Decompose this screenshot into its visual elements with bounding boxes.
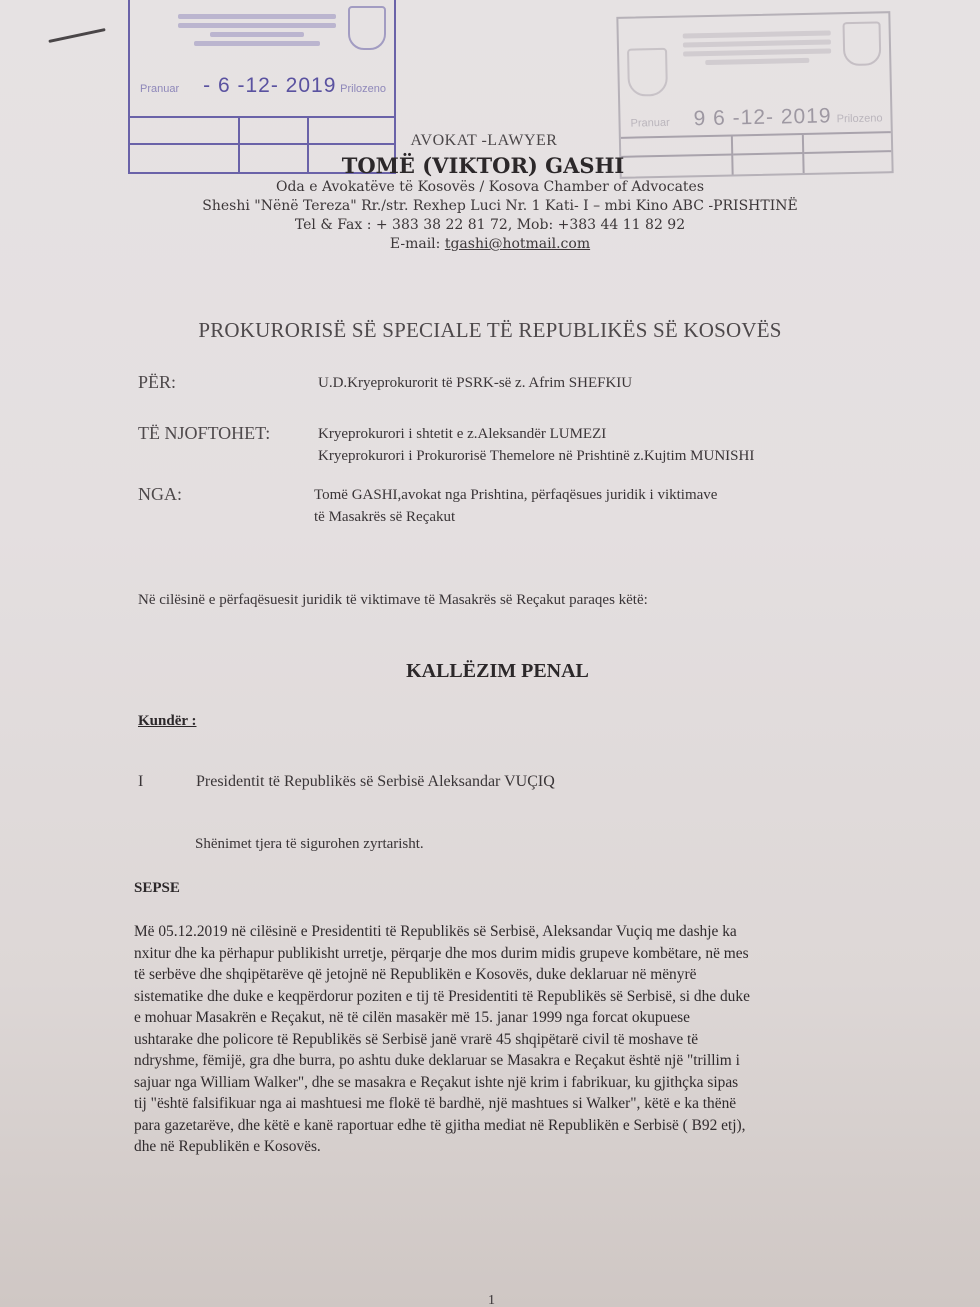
- pen-mark: [48, 28, 105, 43]
- crest-icon: [842, 21, 881, 66]
- crest-icon: [348, 6, 386, 50]
- document-page: Pranuar - 6 -12- 2019 Prilozeno Pranuar …: [0, 0, 980, 1307]
- address-line: Sheshi "Nënë Tereza" Rr./str. Rexhep Luc…: [20, 197, 980, 216]
- body-paragraph: Më 05.12.2019 në cilësinë e Presidentiti…: [134, 921, 862, 1158]
- stamp-received-label: Pranuar: [140, 83, 179, 95]
- stamp-date: 9 6 -12- 2019: [693, 104, 831, 131]
- because-heading: SEPSE: [134, 880, 180, 897]
- intro-text: Në cilësinë e përfaqësuesit juridik të v…: [138, 592, 648, 609]
- stamp-date: - 6 -12- 2019: [203, 74, 336, 98]
- email-link[interactable]: tgashi@hotmail.com: [445, 236, 590, 252]
- crest-icon: [627, 48, 668, 97]
- lawyer-name: TOMË (VIKTOR) GASHI: [0, 153, 980, 178]
- email-line: E-mail: tgashi@hotmail.com: [0, 235, 980, 254]
- page-number: 1: [488, 1293, 495, 1307]
- lawyer-role: AVOKAT -LAWYER: [0, 132, 980, 150]
- to-row: PËR: U.D.Kryeprokurorit të PSRK-së z. Af…: [138, 372, 632, 394]
- against-label: Kundër :: [138, 713, 196, 730]
- stamp-header: [675, 26, 840, 71]
- stamp-attachment-label: Prilozeno: [837, 112, 883, 125]
- phone-line: Tel & Fax : + 383 38 22 81 72, Mob: +383…: [0, 216, 980, 235]
- stamp-header: [170, 10, 344, 52]
- from-row: NGA: Tomë GASHI,avokat nga Prishtina, pë…: [138, 484, 717, 528]
- defendant-entry: I Presidentit të Republikës së Serbisë A…: [138, 773, 555, 791]
- note-text: Shënimet tjera të sigurohen zyrtarisht.: [195, 836, 424, 853]
- stamp-attachment-label: Prilozeno: [340, 83, 386, 95]
- stamp-received-label: Pranuar: [630, 117, 669, 130]
- document-title: KALLËZIM PENAL: [15, 660, 980, 683]
- addressee-heading: PROKURORISË SË SPECIALE TË REPUBLIKËS SË…: [0, 318, 980, 343]
- chamber-line: Oda e Avokatëve të Kosovës / Kosova Cham…: [0, 178, 980, 197]
- letterhead: AVOKAT -LAWYER TOMË (VIKTOR) GASHI Oda e…: [0, 132, 980, 254]
- notify-row: TË NJOFTOHET: Kryeprokurori i shtetit e …: [138, 423, 754, 467]
